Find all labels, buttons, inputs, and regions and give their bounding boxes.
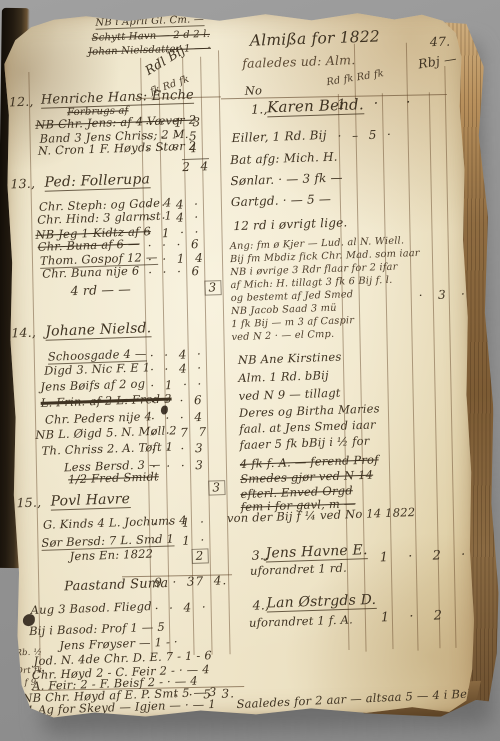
- entry-name: Povl Havre: [50, 492, 130, 511]
- entry-number: 15.,: [16, 496, 41, 509]
- page-number: 47.: [430, 36, 451, 49]
- column-rule: [382, 93, 394, 649]
- note-line: 1 fk Bij — m 3 af Caspir: [231, 316, 354, 330]
- note-line: Smedes gjør ved N 14: [240, 470, 373, 486]
- amount-row: · 3 ·: [419, 288, 467, 302]
- ledger-line: uforandret 1 rd.: [250, 563, 347, 578]
- note-line: Alm. 1 Rd. bBij: [238, 370, 329, 384]
- entry-number: 12.,: [9, 96, 34, 109]
- amount-row: · · · 4: [146, 142, 198, 156]
- sum-row: 3: [208, 480, 225, 496]
- entry-name: Ped: Follerupa: [44, 172, 150, 191]
- marginal-note: Johan Nielsdatter 1 — ·: [88, 44, 211, 58]
- amount-row: 1 · ·: [337, 96, 413, 112]
- page-subtitle: faaledes ud: Alm.: [242, 54, 356, 70]
- entry-number: 14.,: [11, 327, 36, 340]
- amount-row: · · · 6: [151, 394, 203, 408]
- amount-row: · · 1 ·: [153, 516, 205, 530]
- note-line: faaer 5 fk bBij i ½ for: [239, 436, 369, 452]
- entry-name: Johane Nielsd.: [45, 321, 152, 341]
- amount-row: · · 4 ·: [150, 348, 202, 362]
- ledger-line: Sønlar. · — 3 fk —: [230, 171, 343, 187]
- amount-row: · · · 3: [151, 442, 203, 456]
- note-line: faal. at Jens Smed iaar: [239, 420, 376, 436]
- marginal-note: NB i April Gl. Cm. —: [95, 15, 204, 30]
- margin-note: Rb. ½: [15, 648, 42, 657]
- margin-note: Ort fk: [16, 666, 43, 675]
- note-line: NB Jacob Saad 3 mü: [231, 304, 337, 317]
- ledger-line: uforandret 1 f. A.: [249, 614, 353, 629]
- photo-backdrop: { "colors":{"backdrop":"#949494","page":…: [0, 0, 500, 741]
- sum-row: 9 · 37 4.: [154, 574, 227, 588]
- amount-row: · · 1 ·: [153, 534, 205, 548]
- sum-row: 2: [191, 548, 208, 564]
- amount-row: · · · 3: [152, 459, 204, 473]
- column-rule: [200, 57, 212, 655]
- item-name: Jens Havne E.: [265, 543, 368, 562]
- ledger-line: Eiller, 1 Rd. Bij: [231, 129, 326, 144]
- margin-note: 4 f 9: [16, 679, 37, 688]
- no-column-label: No: [245, 85, 263, 97]
- ledger-line: 12 rd i øvrigt lige.: [233, 216, 347, 232]
- amount-row: · – 5 ·: [337, 128, 392, 142]
- ledger-line: Gartgd. · — 5 —: [231, 193, 332, 208]
- amount-row: · · 7 7: [151, 426, 207, 440]
- ledger-line: Bat afg: Mich. H.: [230, 151, 338, 167]
- ledger-line: Digd 3. Nic F. E 1: [44, 362, 151, 377]
- amount-row: · · · 6: [148, 265, 200, 279]
- ledger-line: Jens Bøifs af 2 og: [40, 378, 145, 393]
- amount-row: 1 · 2 ·: [380, 548, 470, 564]
- ledger-line: 1/2 Fred Smidt: [68, 471, 159, 486]
- note-line: af Mich: H. tillagt 3 fk 6 Bij f. l.: [230, 276, 392, 291]
- amount-row: · · 4 ·: [147, 211, 199, 225]
- amount-row: · · 4 ·: [150, 362, 202, 376]
- page-title: Almißa for 1822: [250, 29, 381, 49]
- note-line: ved N 2 · — el Cmp.: [231, 330, 334, 343]
- item-number: 1.,: [251, 103, 268, 116]
- amount-row: · · · 6: [148, 238, 200, 252]
- note-line: ved N 9 — tillagt: [238, 388, 340, 403]
- column-rule: [28, 72, 41, 672]
- amount-row: · · 1 3: [145, 116, 201, 130]
- amount-row: · 1 · ·: [150, 378, 202, 392]
- column-rule: [429, 92, 441, 648]
- summary-row: Aug 3 Basod. Fliegd: [31, 601, 152, 617]
- entry-number: 13.,: [10, 178, 35, 191]
- amount-row: 1 · 2: [381, 609, 447, 624]
- summary-row: Paastand Suma: [64, 577, 168, 593]
- ledger-line: Chr. Buna nije 6: [42, 266, 139, 281]
- note-line: NB Ane Kirstines: [238, 352, 342, 367]
- column-rule: [218, 50, 231, 654]
- note-line: von der Bij f ¼ ved No 14 1822: [227, 507, 416, 525]
- amount-row: · · 4 ·: [154, 601, 206, 615]
- ledger-line: 4 rd — —: [70, 283, 131, 297]
- sum-row: 3: [204, 280, 221, 296]
- ledger-line: Jens En: 1822: [69, 549, 153, 563]
- ledger-page: NB i April Gl. Cm. — Schytt Havn — 2 d 2…: [3, 8, 476, 721]
- marginal-note: Schytt Havn — 2 d 2 l.: [92, 30, 211, 44]
- currency-label: Rbj —: [417, 52, 457, 70]
- item-name: Lan Østrgds D.: [266, 593, 376, 613]
- sum-row: 2 4: [182, 158, 209, 173]
- amount-row: · · · 4: [151, 411, 203, 425]
